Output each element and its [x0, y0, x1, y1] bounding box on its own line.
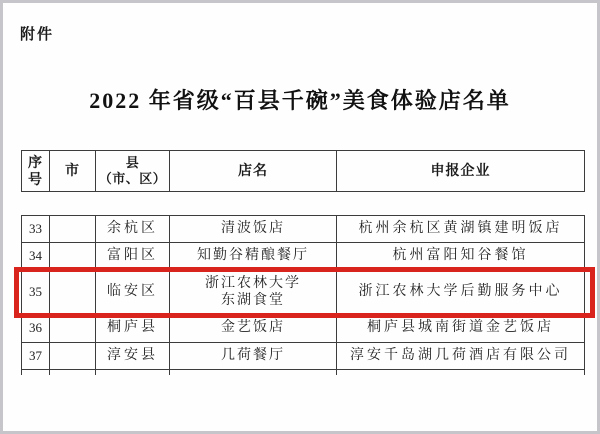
- table-row-partial: [22, 370, 584, 375]
- cell-enterprise: 淳安千岛湖几荷酒店有限公司: [337, 343, 584, 369]
- cell-county: 桐庐县: [96, 315, 170, 342]
- document-page: 附件 2022 年省级“百县千碗”美食体验店名单 序 号 市 县 （市、区） 店…: [0, 0, 600, 434]
- cell-county: 余杭区: [96, 216, 170, 242]
- cell-county: 临安区: [96, 271, 170, 314]
- header-cell-city: 市: [50, 151, 96, 191]
- cell-city: [50, 216, 96, 242]
- header-cell-county: 县 （市、区）: [96, 151, 170, 191]
- cell-store: 几荷餐厅: [170, 343, 337, 369]
- cell-store: 知勤谷精酿餐厅: [170, 243, 337, 270]
- header-cell-no: 序 号: [22, 151, 50, 191]
- table-row-highlighted: 35 临安区 浙江农林大学 东湖食堂 浙江农林大学后勤服务中心: [22, 271, 584, 315]
- cell-no: 37: [22, 343, 50, 369]
- cell-enterprise: 桐庐县城南街道金艺饭店: [337, 315, 584, 342]
- cell-no: 36: [22, 315, 50, 342]
- cell-enterprise: 杭州富阳知谷餐馆: [337, 243, 584, 270]
- cell-city: [50, 370, 96, 375]
- cell-store: 清波饭店: [170, 216, 337, 242]
- table-row: 36 桐庐县 金艺饭店 桐庐县城南街道金艺饭店: [22, 315, 584, 343]
- cell-city: [50, 343, 96, 369]
- cell-county: 富阳区: [96, 243, 170, 270]
- cell-city: [50, 315, 96, 342]
- cell-enterprise: 杭州余杭区黄湖镇建明饭店: [337, 216, 584, 242]
- cell-no: 35: [22, 271, 50, 314]
- cell-no: 34: [22, 243, 50, 270]
- cell-county: [96, 370, 170, 375]
- cell-no: 33: [22, 216, 50, 242]
- table-row: 33 余杭区 清波饭店 杭州余杭区黄湖镇建明饭店: [22, 216, 584, 243]
- page-title: 2022 年省级“百县千碗”美食体验店名单: [3, 84, 597, 115]
- header-cell-enterprise: 申报企业: [337, 151, 584, 191]
- table-row: 34 富阳区 知勤谷精酿餐厅 杭州富阳知谷餐馆: [22, 243, 584, 271]
- cell-store: [170, 370, 337, 375]
- cell-enterprise: 浙江农林大学后勤服务中心: [337, 271, 584, 314]
- cell-county: 淳安县: [96, 343, 170, 369]
- table-row: 37 淳安县 几荷餐厅 淳安千岛湖几荷酒店有限公司: [22, 343, 584, 370]
- cell-no: [22, 370, 50, 375]
- cell-store: 浙江农林大学 东湖食堂: [170, 271, 337, 314]
- table-body: 33 余杭区 清波饭店 杭州余杭区黄湖镇建明饭店 34 富阳区 知勤谷精酿餐厅 …: [21, 215, 585, 375]
- table-header-row: 序 号 市 县 （市、区） 店名 申报企业: [22, 151, 584, 191]
- cell-store: 金艺饭店: [170, 315, 337, 342]
- attachment-label: 附件: [20, 23, 54, 44]
- cell-enterprise: [337, 370, 584, 375]
- header-cell-store: 店名: [170, 151, 337, 191]
- cell-city: [50, 271, 96, 314]
- table-header: 序 号 市 县 （市、区） 店名 申报企业: [21, 150, 585, 192]
- cell-city: [50, 243, 96, 270]
